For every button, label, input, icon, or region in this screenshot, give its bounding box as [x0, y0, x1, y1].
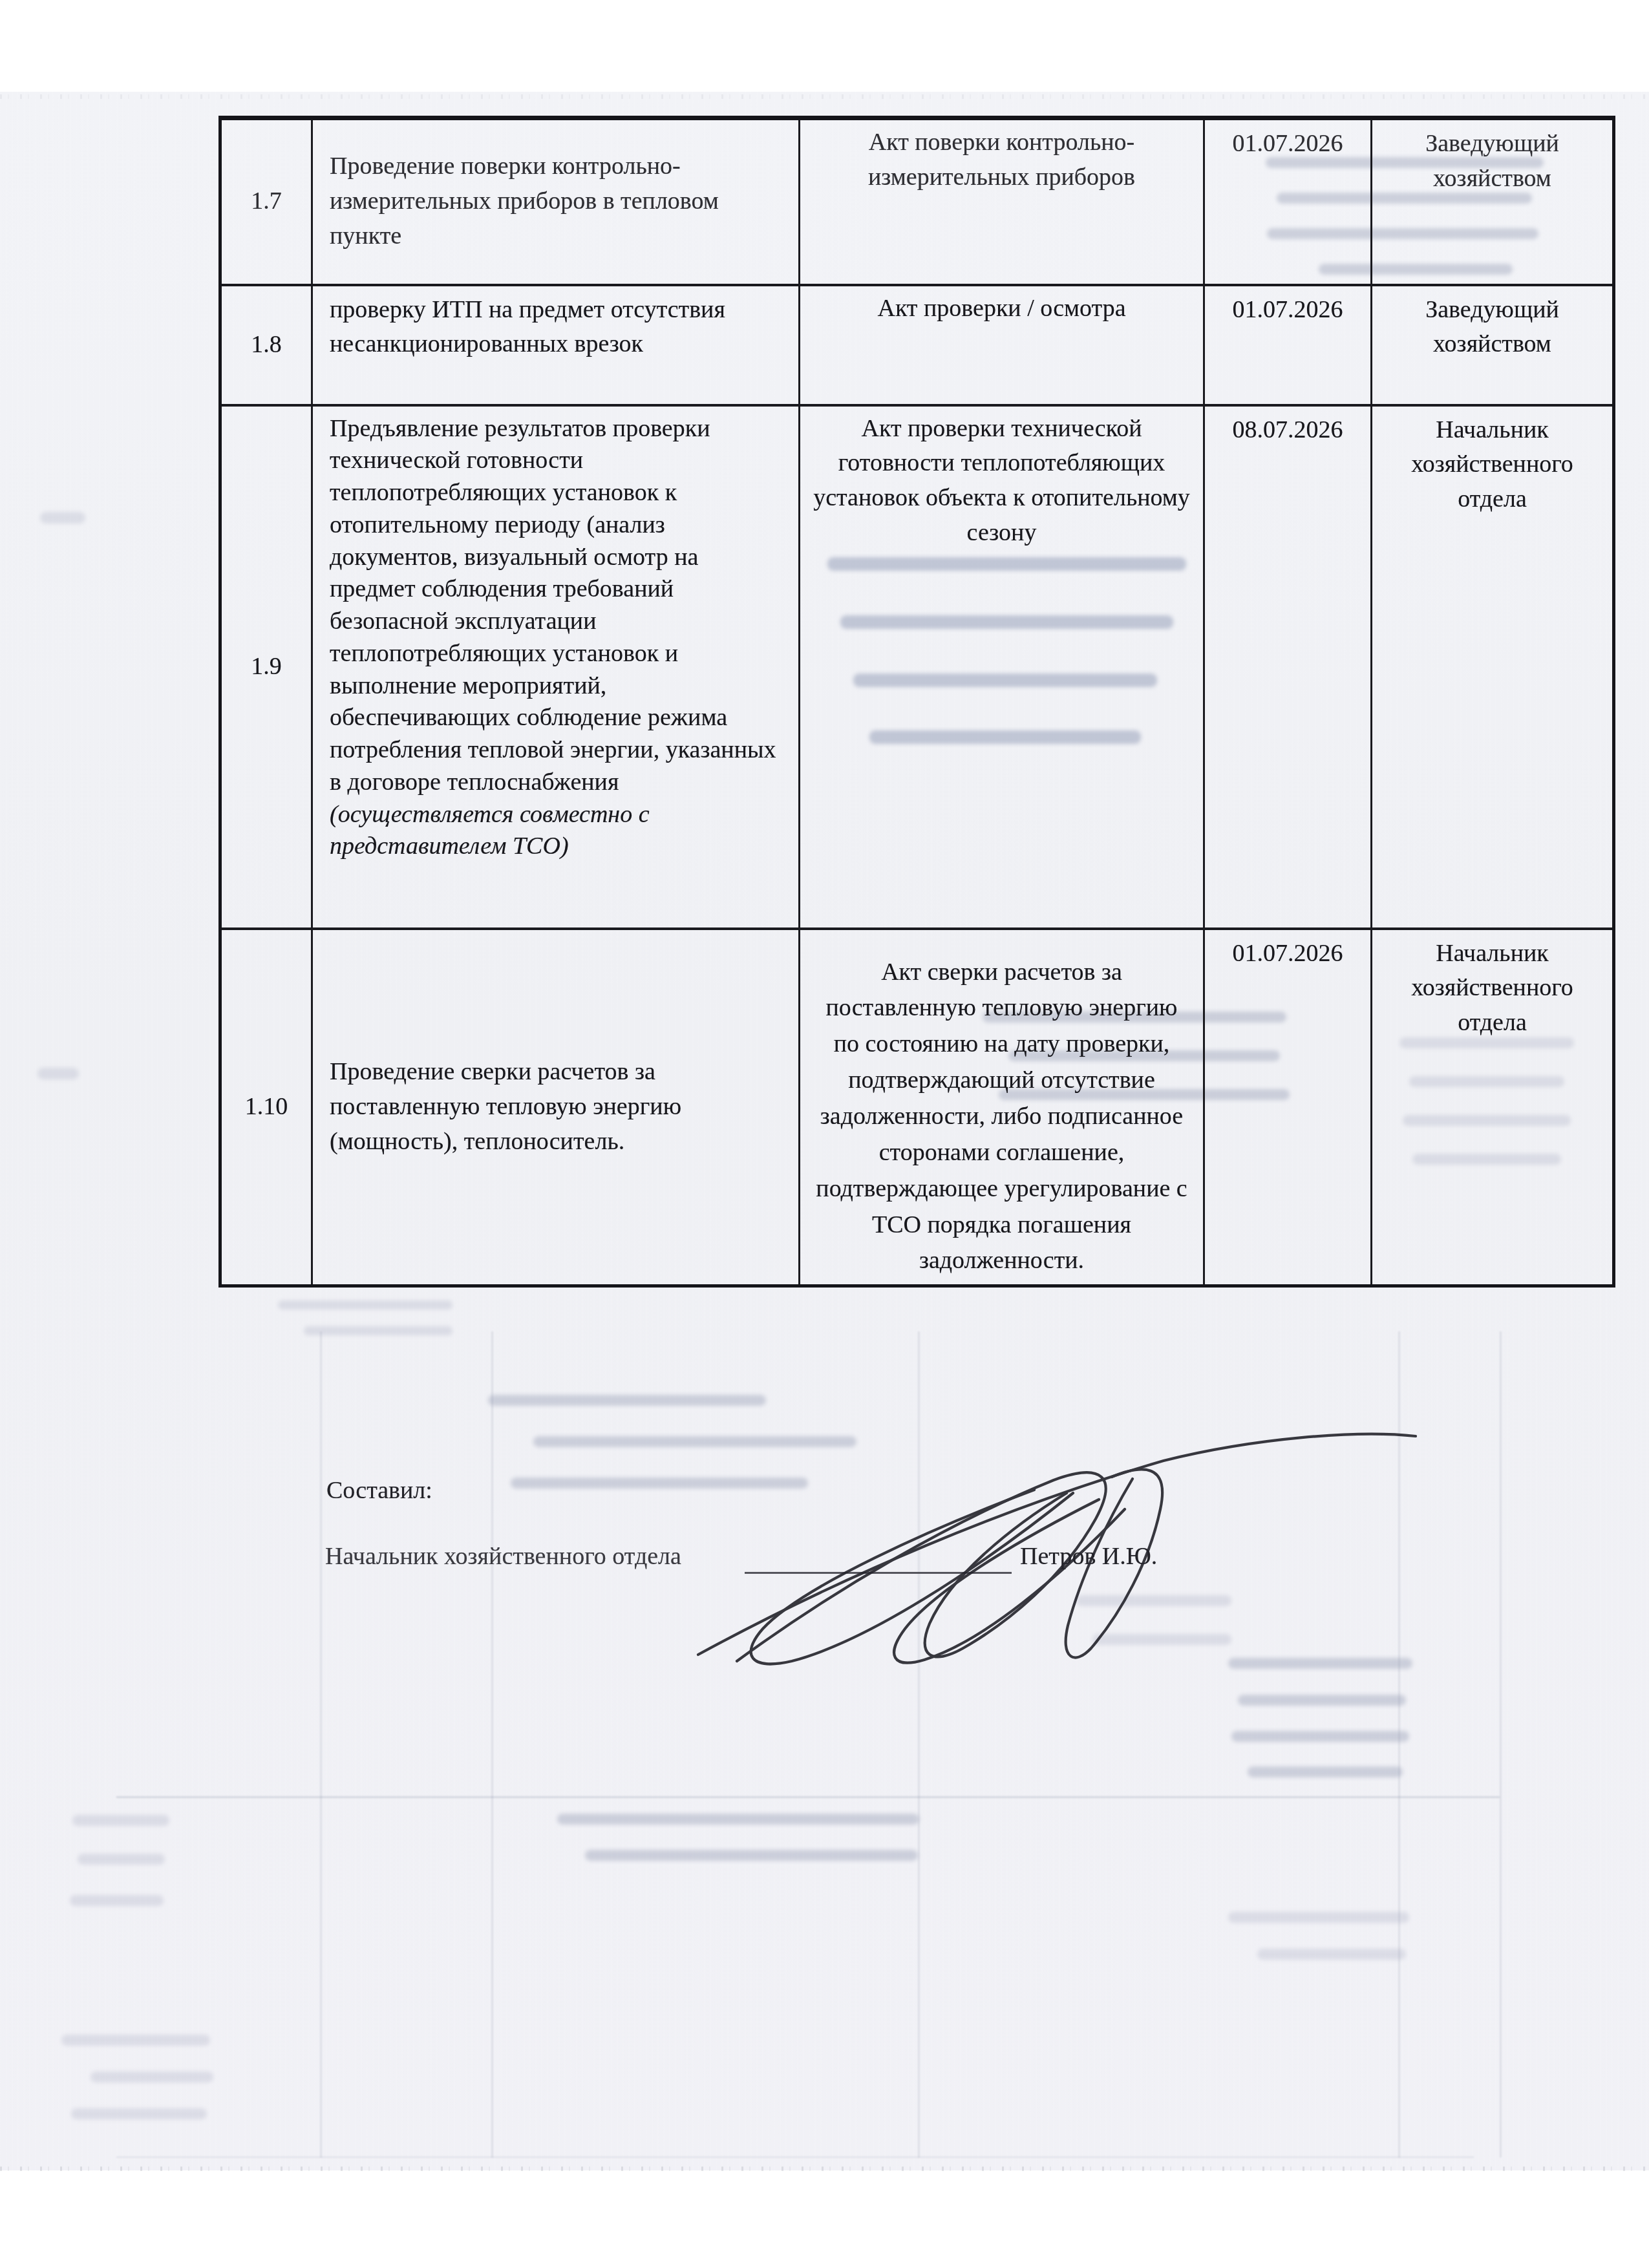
plan-table: 1.7 Проведение поверки контрольно-измери…	[218, 116, 1615, 1288]
cell-row-number: 1.7	[220, 118, 312, 285]
cell-document: Акт поверки контрольно-измерительных при…	[800, 118, 1204, 285]
bleedthrough-text	[1248, 1766, 1403, 1777]
cell-responsible: Заведующий хозяйством	[1372, 285, 1614, 405]
composed-by-label: Составил:	[326, 1476, 432, 1506]
bleedthrough-text	[61, 2035, 210, 2046]
cell-date: 01.07.2026	[1204, 118, 1372, 285]
cell-row-number: 1.8	[220, 285, 312, 405]
activity-text: Предъявление результатов проверки технич…	[330, 415, 776, 796]
bleedthrough-text	[1238, 1695, 1406, 1706]
table-row-1-8: 1.8 проверку ИТП на предмет отсутствия н…	[220, 285, 1614, 405]
activity-note-italic: (осуществляется совместно с представител…	[330, 801, 650, 860]
bleedthrough-text	[304, 1326, 452, 1335]
handwritten-signature	[672, 1383, 1435, 1693]
bleedthrough-line	[1500, 1331, 1502, 2157]
cell-responsible: Заведующий хозяйством	[1372, 118, 1614, 285]
cell-date: 08.07.2026	[1204, 405, 1372, 929]
cell-activity: Проведение сверки расчетов за поставленн…	[312, 929, 800, 1286]
cell-activity: Проведение поверки контрольно-измеритель…	[312, 118, 800, 285]
cell-document: Акт сверки расчетов за поставленную тепл…	[800, 929, 1204, 1286]
cell-responsible: Начальник хозяйственного отдела	[1372, 405, 1614, 929]
table-row-1-7: 1.7 Проведение поверки контрольно-измери…	[220, 118, 1614, 285]
bleedthrough-line	[116, 1796, 1500, 1798]
bleedthrough-text	[40, 512, 85, 524]
cell-responsible: Начальник хозяйственного отдела	[1372, 929, 1614, 1286]
bleedthrough-text	[71, 2108, 207, 2119]
bleedthrough-text	[72, 1815, 169, 1826]
bleedthrough-text	[1228, 1912, 1409, 1923]
bleedthrough-text	[37, 1068, 79, 1079]
cell-document: Акт проверки / осмотра	[800, 285, 1204, 405]
bleedthrough-text	[90, 2072, 213, 2083]
bleedthrough-text	[278, 1300, 452, 1309]
cell-document: Акт проверки технической готовности тепл…	[800, 405, 1204, 929]
table-row-1-9: 1.9 Предъявление результатов проверки те…	[220, 405, 1614, 929]
bleedthrough-text	[585, 1850, 918, 1861]
bleedthrough-line	[116, 2156, 1474, 2158]
cell-activity: проверку ИТП на предмет отсутствия несан…	[312, 285, 800, 405]
scanned-document-page: 1.7 Проведение поверки контрольно-измери…	[0, 0, 1649, 2268]
bleedthrough-line	[320, 1331, 322, 2157]
cell-row-number: 1.10	[220, 929, 312, 1286]
bleedthrough-line	[491, 1331, 493, 2157]
scan-edge-noise-bottom	[0, 2167, 1649, 2171]
scan-edge-noise-top	[0, 94, 1649, 99]
table-row-1-10: 1.10 Проведение сверки расчетов за поста…	[220, 929, 1614, 1286]
signer-position-title: Начальник хозяйственного отдела	[325, 1542, 681, 1572]
bleedthrough-text	[78, 1854, 165, 1865]
bleedthrough-text	[557, 1814, 919, 1825]
cell-date: 01.07.2026	[1204, 285, 1372, 405]
bleedthrough-text	[1231, 1731, 1409, 1742]
bleedthrough-text	[70, 1895, 164, 1906]
cell-activity: Предъявление результатов проверки технич…	[312, 405, 800, 929]
cell-row-number: 1.9	[220, 405, 312, 929]
bleedthrough-text	[1257, 1949, 1406, 1960]
cell-date: 01.07.2026	[1204, 929, 1372, 1286]
